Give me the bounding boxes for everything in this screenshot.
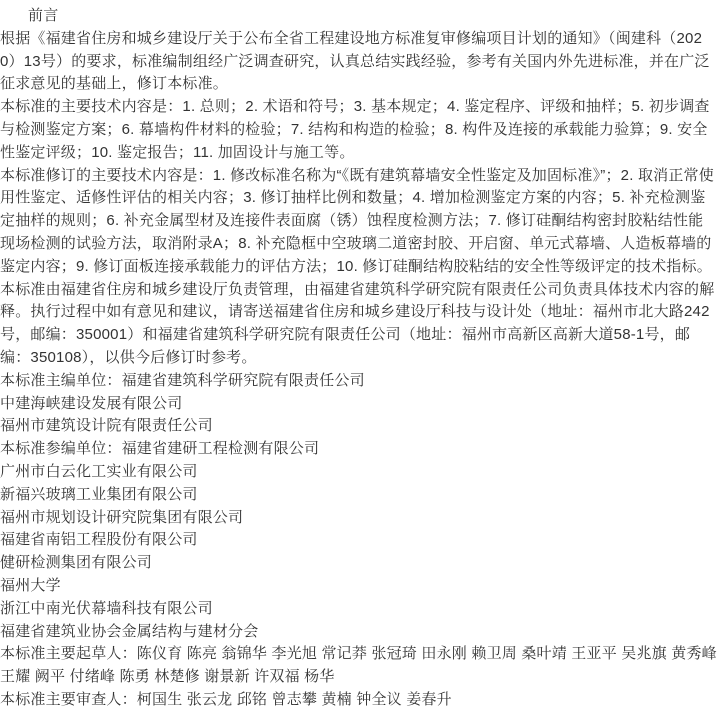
editing-org-line: 福州市建筑设计院有限责任公司 xyxy=(0,415,717,438)
management-feedback-paragraph: 本标准由福建省住房和城乡建设厅负责管理，由福建省建筑科学研究院有限责任公司负责具… xyxy=(0,279,717,370)
participating-org-line: 福州市规划设计研究院集团有限公司 xyxy=(0,507,717,530)
participating-org-line: 浙江中南光伏幕墙科技有限公司 xyxy=(0,598,717,621)
technical-contents-paragraph: 本标准的主要技术内容是：1. 总则；2. 术语和符号；3. 基本规定；4. 鉴定… xyxy=(0,96,717,164)
reviewers-line: 本标准主要审查人：柯国生 张云龙 邱铭 曾志攀 黄楠 钟全议 姜春升 xyxy=(0,689,717,712)
revision-contents-paragraph: 本标准修订的主要技术内容是：1. 修改标准名称为“《既有建筑幕墙安全性鉴定及加固… xyxy=(0,165,717,279)
participating-org-line: 福建省南铝工程股份有限公司 xyxy=(0,529,717,552)
document-page: 前言 根据《福建省住房和城乡建设厅关于公布全省工程建设地方标准复审修编项目计划的… xyxy=(0,0,718,718)
participating-org-line: 新福兴玻璃工业集团有限公司 xyxy=(0,484,717,507)
editing-org-line: 中建海峡建设发展有限公司 xyxy=(0,393,717,416)
preface-heading: 前言 xyxy=(0,5,717,28)
participating-org-lead-line: 本标准参编单位：福建省建研工程检测有限公司 xyxy=(0,438,717,461)
participating-org-line: 广州市白云化工实业有限公司 xyxy=(0,461,717,484)
drafters-line: 本标准主要起草人：陈仪育 陈亮 翁锦华 李光旭 常记莽 张冠琦 田永刚 赖卫周 … xyxy=(0,643,717,689)
participating-org-line: 福建省建筑业协会金属结构与建材分会 xyxy=(0,621,717,644)
chief-editing-org-line: 本标准主编单位：福建省建筑科学研究院有限责任公司 xyxy=(0,370,717,393)
participating-org-line: 健研检测集团有限公司 xyxy=(0,552,717,575)
basis-paragraph: 根据《福建省住房和城乡建设厅关于公布全省工程建设地方标准复审修编项目计划的通知》… xyxy=(0,28,717,96)
participating-org-line: 福州大学 xyxy=(0,575,717,598)
